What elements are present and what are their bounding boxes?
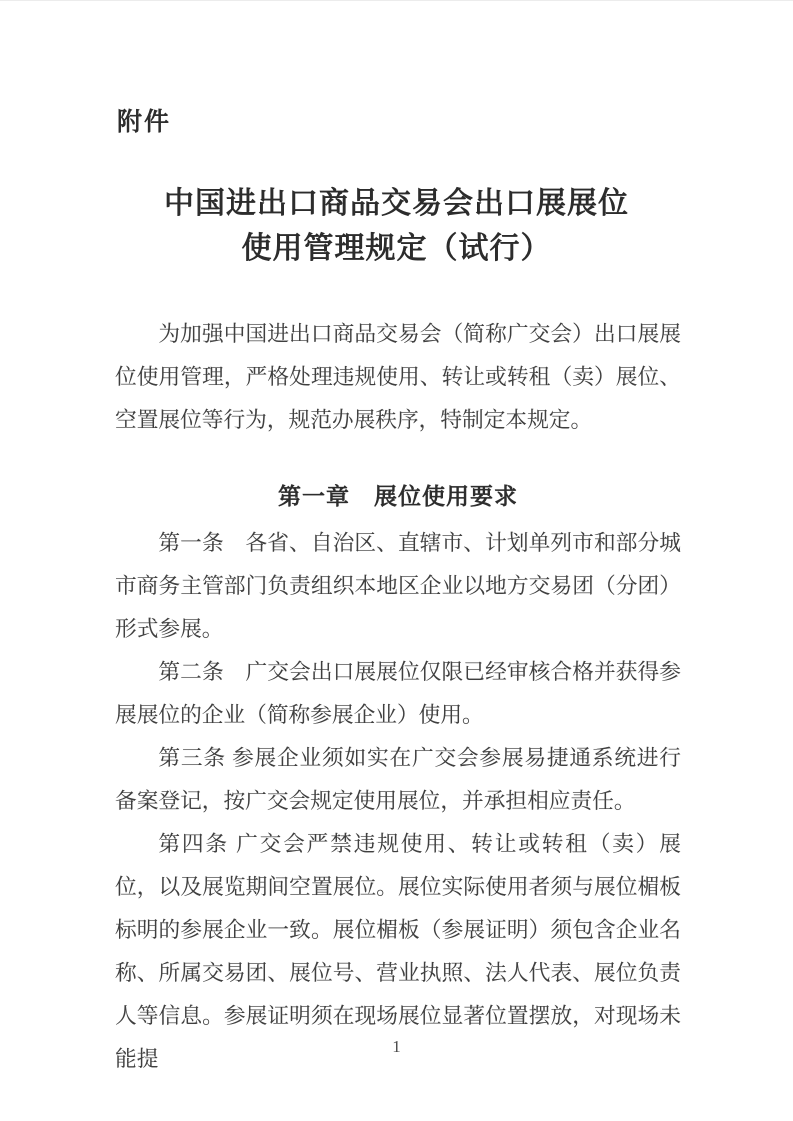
chapter-1-heading: 第一章 展位使用要求	[115, 475, 681, 518]
title-line-1: 中国进出口商品交易会出口展展位	[60, 181, 733, 226]
intro-paragraph: 为加强中国进出口商品交易会（简称广交会）出口展展位使用管理，严格处理违规使用、转…	[115, 313, 681, 442]
article-3: 第三条 参展企业须如实在广交会参展易捷通系统进行备案登记，按广交会规定使用展位，…	[115, 737, 681, 823]
title-line-2: 使用管理规定（试行）	[60, 226, 733, 271]
article-2: 第二条 广交会出口展展位仅限已经审核合格并获得参展展位的企业（简称参展企业）使用…	[115, 651, 681, 737]
attachment-label: 附件	[117, 102, 171, 138]
page-number: 1	[0, 1037, 793, 1057]
document-page: 附件 中国进出口商品交易会出口展展位 使用管理规定（试行） 为加强中国进出口商品…	[0, 0, 793, 1121]
document-body: 为加强中国进出口商品交易会（简称广交会）出口展展位使用管理，严格处理违规使用、转…	[115, 313, 681, 1081]
document-title: 中国进出口商品交易会出口展展位 使用管理规定（试行）	[60, 181, 733, 271]
article-1: 第一条 各省、自治区、直辖市、计划单列市和部分城市商务主管部门负责组织本地区企业…	[115, 522, 681, 651]
